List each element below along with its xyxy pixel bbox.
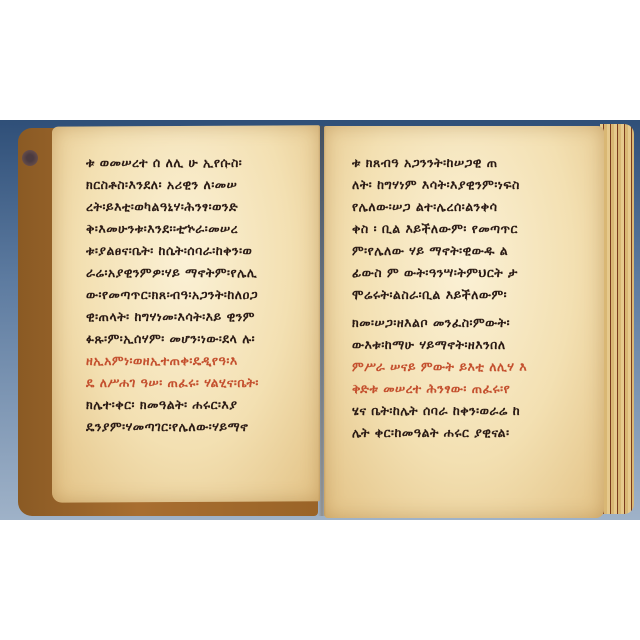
text-line: ቱ፡ያልፀና፡ቤት፡ ከሴት፡ሰባራ፡ከቀን፡ወ: [86, 240, 314, 262]
text-line: ረት፡ይእቲ፡ወካልዓኒሃ፡ሕንፃ፡ወንድ: [86, 196, 314, 218]
text-line: ም፡የሌለው ሃይ ማኖት፡ዊውዱ ል: [352, 240, 588, 262]
rubric-line: ቅድቱ መሠረተ ሕንፃው፡ ጠፈሩ፡የ: [352, 378, 588, 400]
text-line: ክርስቶስ፡እንደለ፡ አሪዊን ለ፡መሠ: [86, 174, 314, 196]
text-line: ው፡የመጣጥር፡ክጸ፡ብዓ፡አጋንት፡ከለዐጋ: [86, 284, 314, 306]
text-line: ውእቱ፡ከማሁ ሃይማኖት፡ዘእንበለ: [352, 334, 588, 356]
text-line: ዴንያም፡ሃመጣገር፡የሌለው፡ሃይማኖ: [86, 416, 314, 438]
text-line: ራሬ፡አያዊንምዎ፡ሃይ ማኖትም፡የሌሊ: [86, 262, 314, 284]
text-line: የሌለው፡ሠጋ ልተ፡ሌረሰ፡ልንቀሳ: [352, 196, 588, 218]
right-page-text: ቱ ክጸብዓ አጋንንት፡ከሠጋዊ ጠ ለት፡ ከግሃነም እሳት፡እያዊንም፡…: [352, 152, 588, 444]
text-line: ዊ፡ጠላት፡ ከግሃነመ፡እሳት፡እይ ዊንም: [86, 306, 314, 328]
text-line: ቱ ወመሠረተ ሰ ለሊ ሁ ኢየሱስ፡: [86, 152, 314, 174]
cover-hole: [22, 150, 38, 166]
left-page-text: ቱ ወመሠረተ ሰ ለሊ ሁ ኢየሱስ፡ ክርስቶስ፡እንደለ፡ አሪዊን ለ፡…: [86, 152, 314, 438]
text-line: ሌት ቀር፡ከመዓልት ሐሩር ያዊናል፡: [352, 422, 588, 444]
text-line: ለት፡ ከግሃነም እሳት፡እያዊንም፡ነፍስ: [352, 174, 588, 196]
text-line: ሞሬሩት፡ልስራ፡ቢል እይችለውም፡: [352, 284, 588, 306]
rubric-line: ዴ ለሥሐገ ዓሠ፡ ጠፈሩ፡ ሃልሂና፡ቤት፡: [86, 372, 314, 394]
text-line: ቅ፡እመሁንቱ፡እንደ፡፡ቲኍራ፡መሠረ: [86, 218, 314, 240]
rubric-line: ምሥራ ሠናይ ምውት ይእቲ ለሊሃ እ: [352, 356, 588, 378]
rubric-line: ዘኢአምነ፡ወዘኢተጠቀ፡ዴዲየዓ፡እ: [86, 350, 314, 372]
text-line: ፊውስ ም ውት፡ዓንሣ፡ትምህርት ታ: [352, 262, 588, 284]
text-line: ፉጹ፡ም፡ኢሰሃም፡ መሆን፡ነው፡ደላ ሉ፡: [86, 328, 314, 350]
text-line: ቱ ክጸብዓ አጋንንት፡ከሠጋዊ ጠ: [352, 152, 588, 174]
book-gutter: [318, 126, 326, 516]
text-line: ክመ፡ሠጋ፡ዘእልቦ መንፈስ፡ምውት፡: [352, 312, 588, 334]
text-line: ሄና ቤት፡ከሌት ሰባራ ከቀን፡ወራሬ ከ: [352, 400, 588, 422]
page-edges: [600, 124, 634, 514]
text-line: ቀስ ፡ ቢል እይችለውም፡ የመጣጥር: [352, 218, 588, 240]
text-line: ክሌተ፡ቀር፡ ክመዓልት፡ ሐሩር፡እያ: [86, 394, 314, 416]
